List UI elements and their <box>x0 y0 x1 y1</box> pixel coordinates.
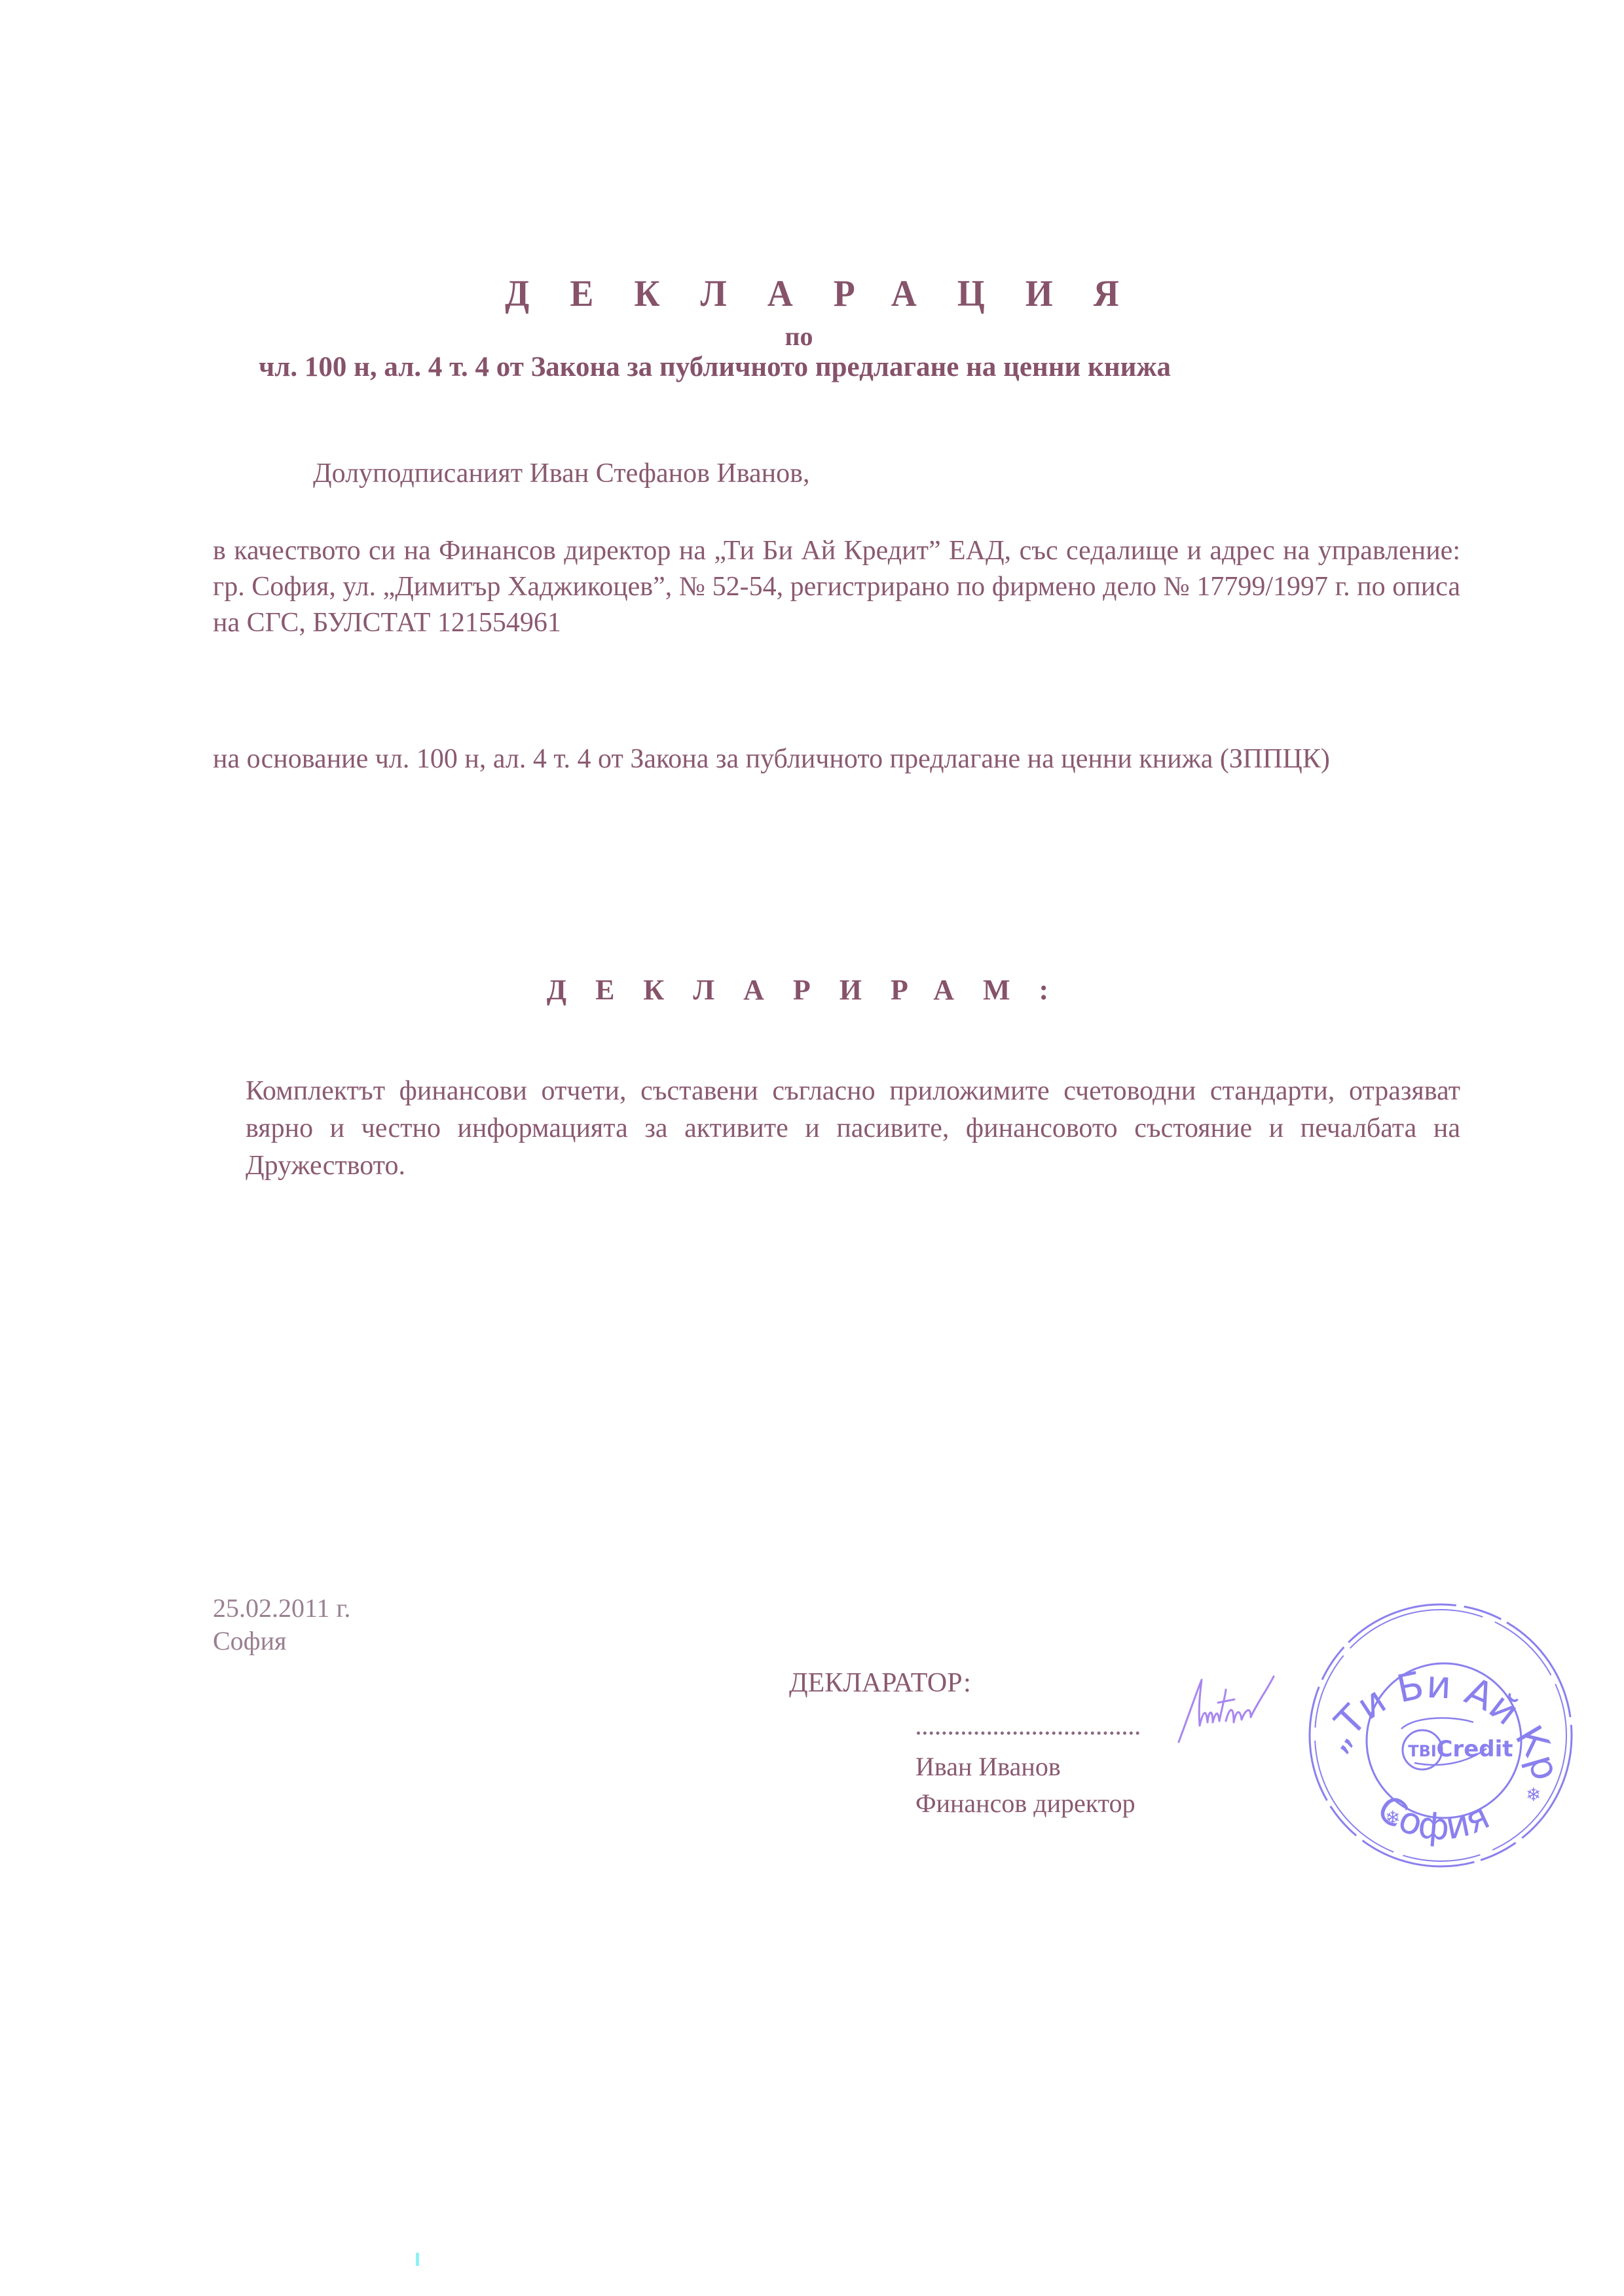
basis-paragraph: на основание чл. 100 н, ал. 4 т. 4 от За… <box>213 741 1457 777</box>
signatory-name: Иван Иванов <box>915 1751 1061 1783</box>
stamp-logo-left: TBI <box>1408 1742 1437 1760</box>
undersigned-intro: Долуподписаният Иван Стефанов Иванов, <box>313 457 809 490</box>
company-stamp: „Ти Би Ай Кредит” ЕАД София TBI Credit ❄… <box>1297 1591 1585 1879</box>
document-date: 25.02.2011 г. <box>213 1593 350 1624</box>
stamp-logo-right: Credit <box>1436 1736 1513 1762</box>
legal-basis-subtitle: чл. 100 н, ал. 4 т. 4 от Закона за публи… <box>259 350 1339 384</box>
declaration-text: Комплектът финансови отчети, съставени с… <box>246 1073 1460 1185</box>
signatory-position: Финансов директор <box>915 1788 1135 1819</box>
capacity-paragraph: в качеството си на Финансов директор на … <box>213 533 1460 641</box>
signature-line <box>917 1731 1139 1735</box>
document-title: ДЕКЛАРАЦИЯ <box>0 273 1624 314</box>
declare-heading: ДЕКЛАРИРАМ: <box>0 973 1624 1007</box>
stamp-star-icon: ❄ <box>1385 1807 1400 1828</box>
declarator-label: ДЕКЛАРАТОР: <box>789 1667 971 1699</box>
document-city: София <box>213 1625 286 1657</box>
handwritten-signature <box>1153 1670 1297 1749</box>
scan-artifact <box>416 2253 419 2266</box>
title-preposition: по <box>0 322 1598 351</box>
stamp-star-icon: ❄ <box>1526 1784 1541 1805</box>
